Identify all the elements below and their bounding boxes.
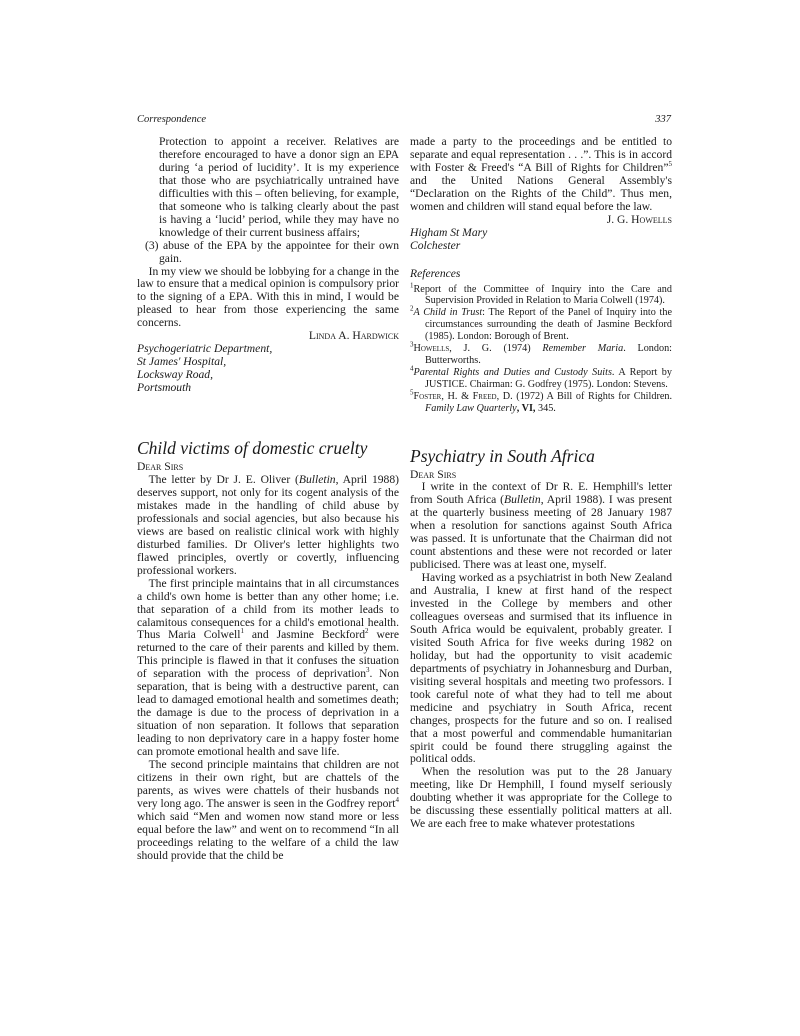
letter-2-address-line: Higham St Mary: [410, 227, 672, 240]
section-spacer: [410, 415, 672, 445]
text-span: The letter by Dr J. E. Oliver (: [149, 473, 299, 486]
journal-name: Bulletin: [299, 473, 336, 486]
reference-5: 5Foster, H. & Freed, D. (1972) A Bill of…: [410, 391, 672, 415]
reference-author: Howells, J. G.: [414, 343, 492, 354]
page-number: 337: [640, 114, 671, 125]
footnote-ref-5[interactable]: 5: [669, 160, 673, 168]
text-span: The second principle maintains that chil…: [137, 758, 399, 810]
reference-year: (1974): [492, 343, 543, 354]
right-column: made a party to the proceedings and be e…: [410, 136, 672, 831]
left-column: Protection to appoint a receiver. Relati…: [137, 136, 399, 863]
reference-text: 345.: [535, 403, 555, 414]
text-span: , April 1988) deserves support, not only…: [137, 473, 399, 577]
reference-author: Foster, H. & Freed, D.: [414, 391, 513, 402]
reference-year: (1972) A Bill of Rights for Children.: [513, 391, 672, 402]
footnote-ref-4[interactable]: 4: [396, 796, 400, 804]
letter-1-list-item-3: (3) abuse of the EPA by the appointee fo…: [137, 240, 399, 266]
letter-2-title: Child victims of domestic cruelty: [137, 437, 399, 459]
letter-3-paragraph-1: I write in the context of Dr R. E. Hemph…: [410, 481, 672, 572]
reference-4: 4Parental Rights and Duties and Custody …: [410, 367, 672, 391]
letter-1-continuation: Protection to appoint a receiver. Relati…: [137, 136, 399, 240]
letter-2-signature: J. G. Howells: [410, 214, 672, 227]
text-span: and the United Nations General Assembly'…: [410, 174, 672, 213]
reference-text: Report of the Committee of Inquiry into …: [414, 284, 673, 307]
letter-2-paragraph-3: The second principle maintains that chil…: [137, 759, 399, 863]
section-spacer: [137, 395, 399, 437]
text-span: and Jasmine Beckford: [244, 628, 365, 641]
journal-page: Correspondence 337 Protection to appoint…: [0, 0, 800, 1036]
reference-2: 2A Child in Trust: The Report of the Pan…: [410, 307, 672, 343]
letter-2-paragraph-1: The letter by Dr J. E. Oliver (Bulletin,…: [137, 474, 399, 578]
journal-name: Bulletin: [504, 493, 541, 506]
letter-1-closing-paragraph: In my view we should be lobbying for a c…: [137, 266, 399, 331]
letter-2-address-line: Colchester: [410, 240, 672, 253]
reference-journal: Family Law Quarterly: [425, 403, 517, 414]
reference-title: Remember Maria: [542, 343, 623, 354]
letter-1-address-line: Portsmouth: [137, 382, 399, 395]
running-head: Correspondence: [137, 114, 206, 125]
reference-title: A Child in Trust: [414, 307, 483, 318]
letter-2-paragraph-2: The first principle maintains that in al…: [137, 578, 399, 759]
reference-volume: , VI,: [517, 403, 536, 414]
letter-3-paragraph-2: Having worked as a psychiatrist in both …: [410, 572, 672, 766]
text-span: which said “Men and women now stand more…: [137, 810, 399, 862]
letter-3-paragraph-3: When the resolution was put to the 28 Ja…: [410, 766, 672, 831]
text-span: made a party to the proceedings and be e…: [410, 135, 672, 174]
letter-3-title: Psychiatry in South Africa: [410, 445, 672, 467]
text-span: . Non separation, that is being with a d…: [137, 667, 399, 758]
reference-title: Parental Rights and Duties and Custody S…: [414, 367, 612, 378]
references-heading: References: [410, 268, 672, 281]
reference-3: 3Howells, J. G. (1974) Remember Maria. L…: [410, 343, 672, 367]
reference-1: 1Report of the Committee of Inquiry into…: [410, 284, 672, 308]
letter-2-paragraph-3-continued: made a party to the proceedings and be e…: [410, 136, 672, 214]
